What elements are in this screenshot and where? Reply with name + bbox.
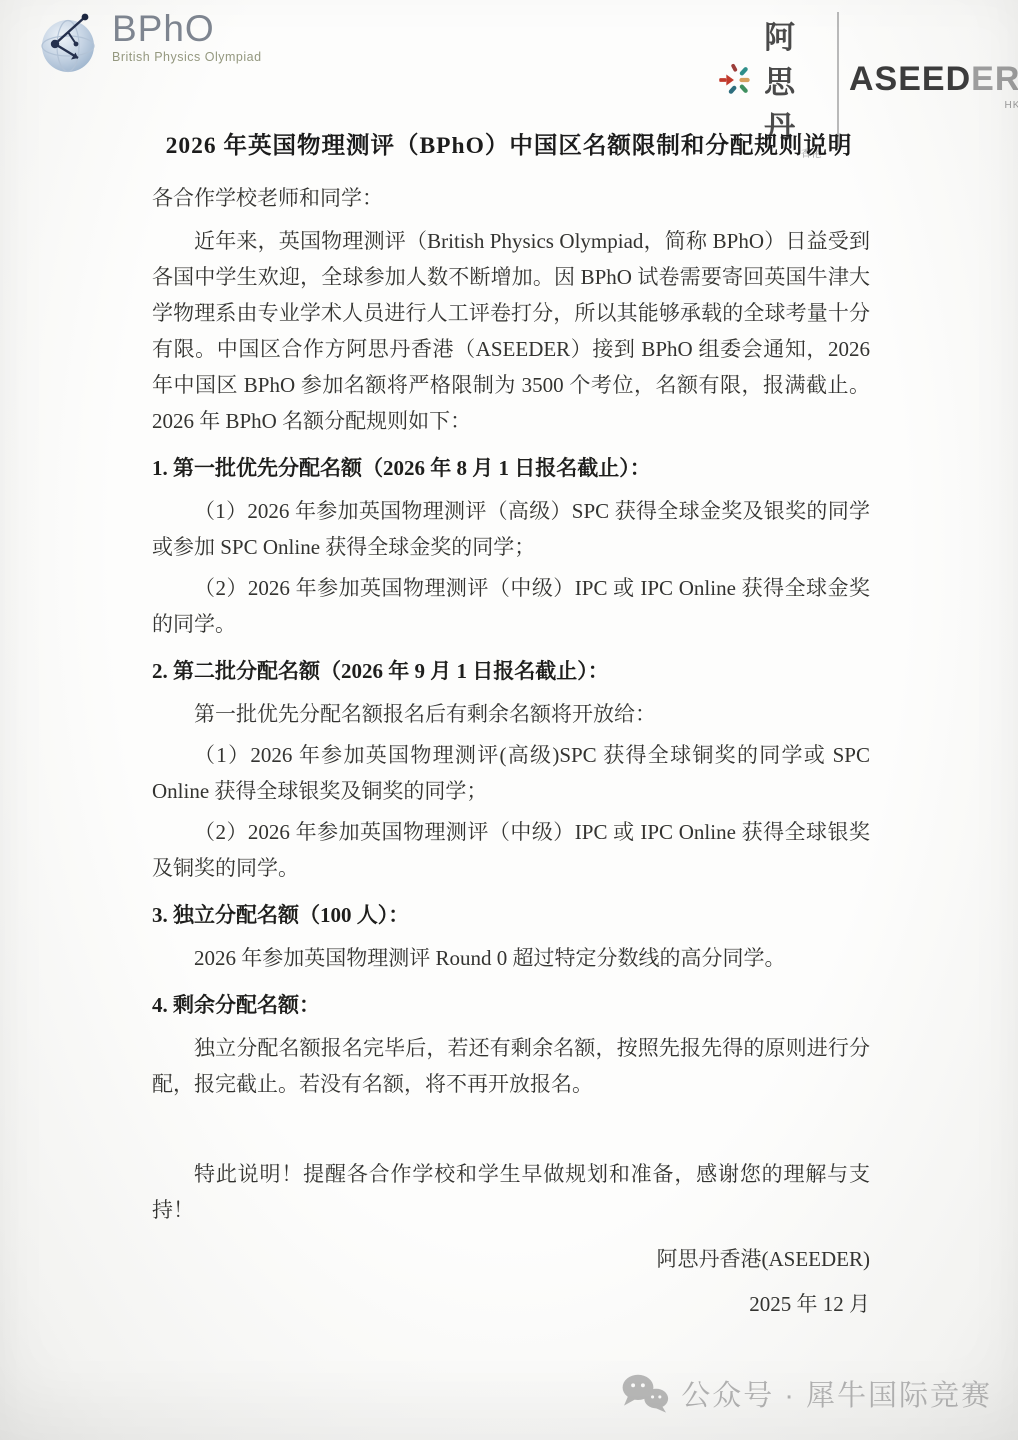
wechat-icon <box>619 1372 671 1414</box>
section-2-item-2: （2）2026 年参加英国物理测评（中级）IPC 或 IPC Online 获得… <box>152 814 870 886</box>
aseeder-english-name: ASEEDER HK <box>849 60 1018 99</box>
document-body: 各合作学校老师和同学： 近年来，英国物理测评（British Physics O… <box>152 180 870 1322</box>
section-4-body: 独立分配名额报名完毕后，若还有剩余名额，按照先报先得的原则进行分配，报完截止。若… <box>152 1030 870 1102</box>
closing-statement: 特此说明！提醒各合作学校和学生早做规划和准备，感谢您的理解与支持！ <box>152 1156 870 1228</box>
signature: 阿思丹香港(ASEEDER) <box>152 1241 870 1277</box>
section-1-item-2: （2）2026 年参加英国物理测评（中级）IPC 或 IPC Online 获得… <box>152 570 870 642</box>
section-4-heading: 4. 剩余分配名额： <box>152 987 870 1023</box>
section-2-heading: 2. 第二批分配名额（2026 年 9 月 1 日报名截止）： <box>152 653 870 689</box>
bpho-logo-text: BPhO British Physics Olympiad <box>112 8 262 64</box>
watermark: 公众号 · 犀牛国际竞赛 <box>619 1372 992 1414</box>
aseeder-seed-star-icon <box>716 52 754 108</box>
bpho-globe-atom-icon <box>38 10 102 74</box>
header: BPhO British Physics Olympiad <box>0 0 1018 100</box>
aseeder-en-dark: ASEED <box>849 60 971 98</box>
salutation: 各合作学校老师和同学： <box>152 180 870 216</box>
section-3-body: 2026 年参加英国物理测评 Round 0 超过特定分数线的高分同学。 <box>152 940 870 976</box>
section-2-item-1: （1）2026 年参加英国物理测评(高级)SPC 获得全球铜奖的同学或 SPC … <box>152 737 870 809</box>
section-3-heading: 3. 独立分配名额（100 人）： <box>152 897 870 933</box>
page-title: 2026 年英国物理测评（BPhO）中国区名额限制和分配规则说明 <box>0 126 1018 160</box>
aseeder-hk-label: HK <box>1004 100 1018 111</box>
document-date: 2025 年 12 月 <box>152 1286 870 1322</box>
section-1-item-1: （1）2026 年参加英国物理测评（高级）SPC 获得全球金奖及银奖的同学或参加… <box>152 493 870 565</box>
document-page: BPhO British Physics Olympiad <box>0 0 1018 1440</box>
bpho-logo: BPhO British Physics Olympiad <box>38 8 262 74</box>
section-1-heading: 1. 第一批优先分配名额（2026 年 8 月 1 日报名截止）： <box>152 450 870 486</box>
bpho-name: BPhO <box>112 8 262 50</box>
bpho-subtitle: British Physics Olympiad <box>112 50 262 64</box>
aseeder-en-light: ER <box>971 60 1018 98</box>
section-2-intro: 第一批优先分配名额报名后有剩余名额将开放给： <box>152 696 870 732</box>
watermark-text: 公众号 · 犀牛国际竞赛 <box>681 1373 992 1414</box>
intro-paragraph: 近年来，英国物理测评（British Physics Olympiad，简称 B… <box>152 223 870 439</box>
